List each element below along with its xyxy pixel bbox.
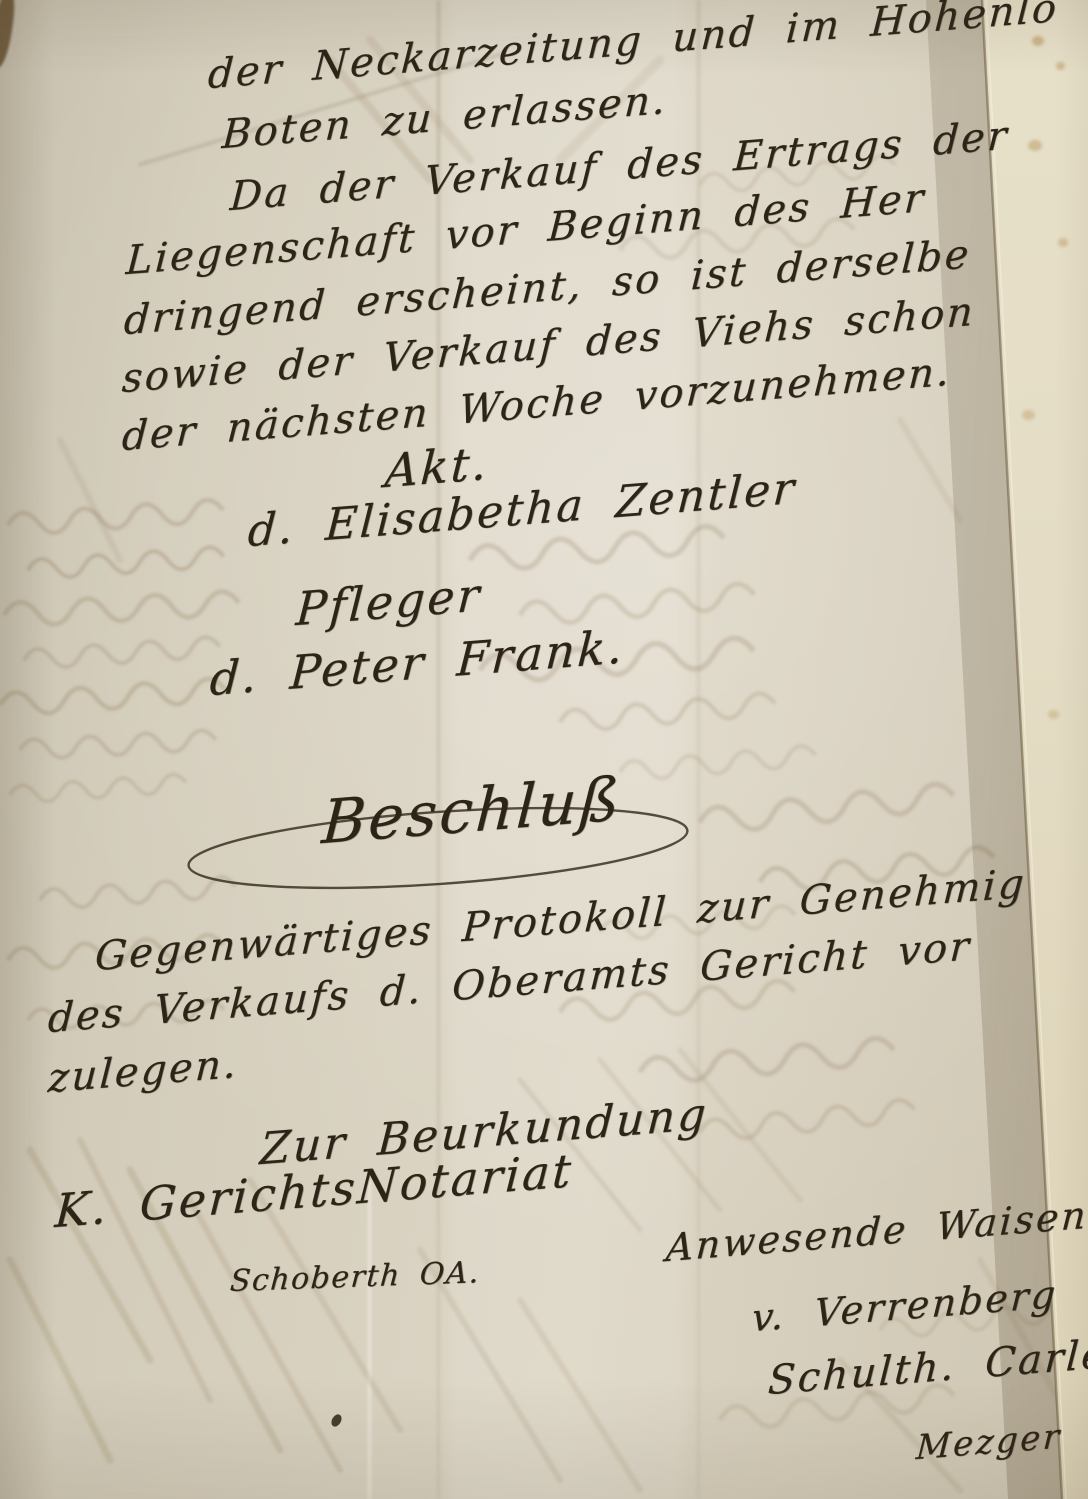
- attendee-line: Schulth. Carle,: [767, 1330, 1088, 1404]
- attendee-line: Mezger: [915, 1416, 1063, 1468]
- attendee-line: Anwesende Waisenr: [665, 1191, 1088, 1270]
- party-line-guardian: d. Peter Frank.: [208, 619, 626, 706]
- manuscript-photo: der Neckarzeitung und im Hohenlo Boten z…: [0, 0, 1088, 1499]
- manuscript-text: der Neckarzeitung und im Hohenlo Boten z…: [0, 0, 1088, 1499]
- signature-schoberth: Schoberth OA.: [229, 1255, 482, 1299]
- resolution-line: zulegen.: [47, 1041, 240, 1102]
- attendee-line: v. Verrenberg: [751, 1272, 1059, 1340]
- party-line-ward: d. Elisabetha Zentler: [246, 463, 797, 558]
- party-line-role: Pfleger: [294, 567, 483, 636]
